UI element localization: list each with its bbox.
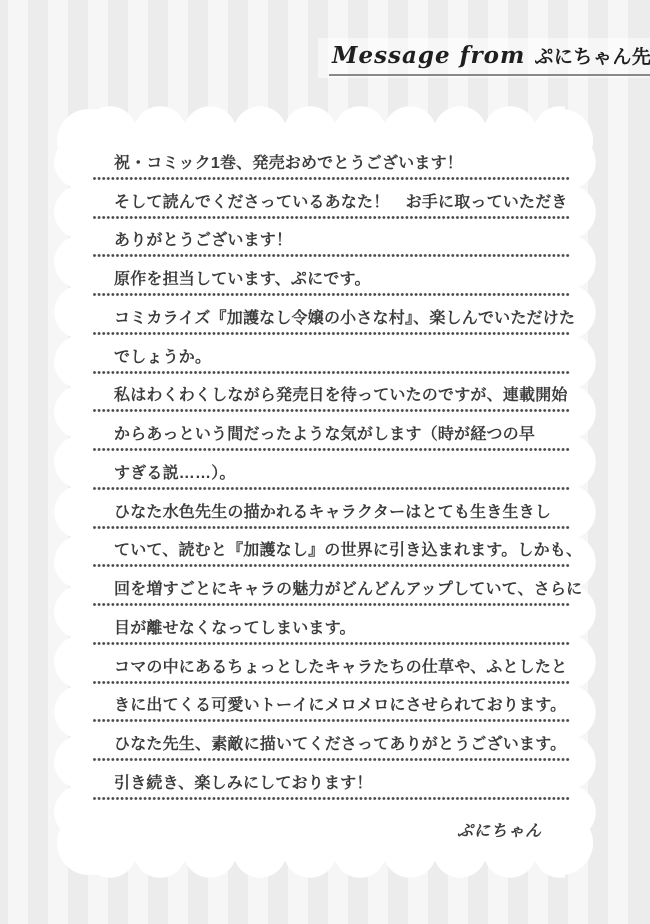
message-line: コマの中にあるちょっとしたキャラたちの仕草や、ふとしたと bbox=[93, 645, 570, 684]
message-line-text: でしょうか。 bbox=[114, 344, 211, 367]
message-line: コミカライズ『加護なし令嬢の小さな村』、楽しんでいただけた bbox=[93, 296, 570, 335]
message-line: すぎる説……）。 bbox=[93, 451, 570, 490]
message-line-text: ありがとうございます！ bbox=[114, 227, 292, 250]
message-line-text: ていて、読むと『加護なし』の世界に引き込まれます。しかも、 bbox=[114, 537, 582, 560]
message-line: 祝・コミック1巻、発売おめでとうございます！ bbox=[93, 141, 570, 180]
message-line: からあっという間だったような気がします（時が経つの早 bbox=[93, 412, 570, 451]
message-content: 祝・コミック1巻、発売おめでとうございます！そして読んでくださっているあなた！ … bbox=[93, 141, 570, 844]
dotted-rule bbox=[93, 797, 570, 800]
page-header: Message from ぷにちゃん先生 bbox=[329, 42, 650, 76]
message-line-text: ひなた水色先生の描かれるキャラクターはとても生き生きし bbox=[114, 499, 551, 522]
message-card: 祝・コミック1巻、発売おめでとうございます！そして読んでくださっているあなた！ … bbox=[75, 127, 575, 857]
message-line: 私はわくわくしながら発売日を待っていたのですが、連載開始 bbox=[93, 374, 570, 413]
message-line-text: すぎる説……）。 bbox=[114, 460, 236, 483]
message-line: 原作を担当しています、ぷにです。 bbox=[93, 257, 570, 296]
page-background: Message from ぷにちゃん先生 祝・コミック1巻、発売おめでとうござい… bbox=[0, 0, 650, 924]
message-line: ていて、読むと『加護なし』の世界に引き込まれます。しかも、 bbox=[93, 529, 570, 568]
message-line: きに出てくる可愛いトーイにメロメロにさせられております。 bbox=[93, 684, 570, 723]
message-line-text: 回を増すごとにキャラの魅力がどんどんアップしていて、さらに bbox=[114, 576, 582, 599]
scallop-edge-right bbox=[569, 137, 597, 847]
message-line-text: 引き続き、楽しみにしております！ bbox=[114, 770, 373, 793]
message-line: でしょうか。 bbox=[93, 335, 570, 374]
message-line-text: 原作を担当しています、ぷにです。 bbox=[114, 266, 371, 289]
message-line-text: 祝・コミック1巻、発売おめでとうございます！ bbox=[114, 150, 463, 173]
message-line-text: きに出てくる可愛いトーイにメロメロにさせられております。 bbox=[114, 692, 566, 715]
header-author-name: ぷにちゃん先生 bbox=[534, 42, 650, 69]
message-line-text: 目が離せなくなってしまいます。 bbox=[114, 615, 356, 638]
message-line: 回を増すごとにキャラの魅力がどんどんアップしていて、さらに bbox=[93, 567, 570, 606]
message-line-text: そして読んでくださっているあなた！ お手に取っていただき bbox=[114, 189, 568, 212]
message-line: 引き続き、楽しみにしております！ bbox=[93, 761, 570, 800]
message-line-text: コミカライズ『加護なし令嬢の小さな村』、楽しんでいただけた bbox=[114, 305, 575, 328]
message-line-text: からあっという間だったような気がします（時が経つの早 bbox=[114, 421, 535, 444]
message-line-text: コマの中にあるちょっとしたキャラたちの仕草や、ふとしたと bbox=[114, 654, 567, 677]
signature: ぷにちゃん bbox=[93, 818, 570, 844]
message-line: 目が離せなくなってしまいます。 bbox=[93, 606, 570, 645]
scallop-edge-left bbox=[53, 137, 81, 847]
message-line-text: ひなた先生、素敵に描いてくださってありがとうございます。 bbox=[114, 731, 566, 754]
message-line: ひなた先生、素敵に描いてくださってありがとうございます。 bbox=[93, 722, 570, 761]
message-line-text: 私はわくわくしながら発売日を待っていたのですが、連載開始 bbox=[114, 382, 568, 405]
message-line: そして読んでくださっているあなた！ お手に取っていただき bbox=[93, 180, 570, 219]
message-line: ありがとうございます！ bbox=[93, 219, 570, 258]
header-script-text: Message from bbox=[332, 42, 525, 69]
scallop-edge-top bbox=[85, 105, 565, 133]
message-line: ひなた水色先生の描かれるキャラクターはとても生き生きし bbox=[93, 490, 570, 529]
scallop-edge-bottom bbox=[85, 851, 565, 879]
message-lines: 祝・コミック1巻、発売おめでとうございます！そして読んでくださっているあなた！ … bbox=[93, 141, 570, 800]
